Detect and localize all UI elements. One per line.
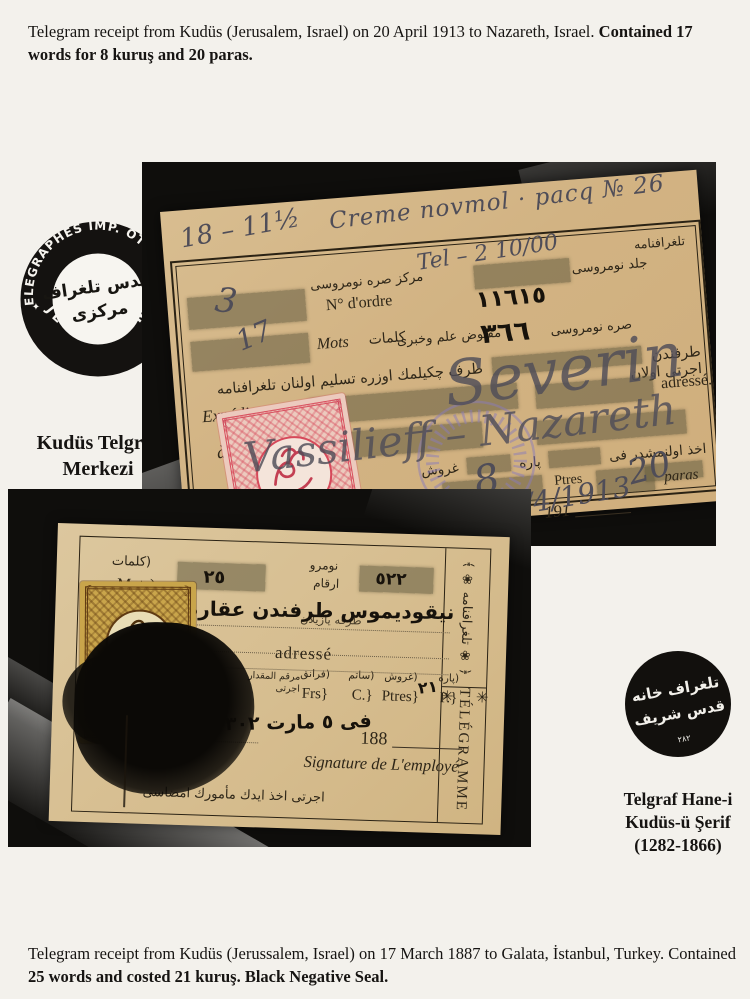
label-santim-arabic: (ساتم — [348, 669, 374, 682]
exhibit-caption-top: Telegram receipt from Kudüs (Jerusalem, … — [28, 20, 725, 67]
ring-star-left-icon: ✦ — [32, 302, 40, 313]
label-c: C.} — [351, 687, 372, 705]
label-franc-arabic: (فرانق — [300, 668, 330, 681]
label-telgrafname-arabic: تلغرافنامه — [633, 233, 685, 252]
hw-series-number: 18 – 11½ — [178, 203, 302, 255]
label-cilt-arabic: جلد نومروسى — [571, 256, 648, 277]
printed-year: 188 — [360, 728, 388, 750]
label-mots-arabic: (كلمات — [112, 554, 152, 570]
caption-line3: (1282-1866) — [608, 834, 748, 857]
redaction-box — [548, 447, 601, 468]
kudus-negative-seal: تلغراف خانه قدس شريف ٢٨٢ — [622, 648, 734, 760]
mat-bottom: ﴾ ❀ تلغرافنامه ❀ ﴿ ✳ TÉLÉGRAMME ✳ (كلمات… — [8, 489, 531, 847]
crescent-icon: ☾ — [220, 413, 236, 433]
exhibit-caption-bottom: Telegram receipt from Kudüs (Jerussalem,… — [28, 942, 740, 989]
crescent-icon: ☾ — [84, 583, 97, 599]
label-gurus-arabic: (غروش — [384, 670, 418, 683]
label-para-arabic: (پاره — [438, 672, 459, 685]
kudus-negative-seal-block: تلغراف خانه قدس شريف ٢٨٢ Telgraf Hane-i … — [608, 648, 748, 857]
caption-bottom-normal: Telegram receipt from Kudüs (Jerussalem,… — [28, 944, 736, 963]
caption-line1: Telgraf Hane-i — [608, 788, 748, 811]
hw-word-count: ٢٥ — [203, 567, 226, 589]
hw-kurus-amount: ٢١ — [417, 677, 438, 698]
hw-register-number: ٥٢٢ — [375, 569, 407, 590]
label-mots: Mots — [316, 334, 349, 354]
exhibit-page: { "page": { "caption_top_normal": "Teleg… — [0, 0, 750, 999]
label-adresse: adressé — [275, 643, 333, 665]
crescent-icon: ☾ — [179, 584, 192, 600]
hw-book-number: ١١٦١٥ — [475, 282, 547, 313]
caption-line2: Kudüs-ü Şerif — [608, 811, 748, 834]
label-numero-arabic: نومرو — [310, 558, 339, 573]
receipt-1913: 18 – 11½ Creme novmol · pacq № 26 Tel – … — [160, 170, 716, 543]
crescent-icon: ☾ — [328, 395, 344, 415]
title-strip: ﴾ ❀ تلغرافنامه ❀ ﴿ ✳ TÉLÉGRAMME ✳ — [437, 548, 491, 823]
kudus-seal-caption: Telgraf Hane-i Kudüs-ü Şerif (1282-1866) — [608, 788, 748, 857]
label-signature: Signature de L'employé — [303, 752, 459, 777]
caption-bottom-bold: 25 words and costed 21 kuruş. Black Nega… — [28, 967, 388, 986]
label-p: P.} — [439, 690, 457, 708]
label-frs: Frs} — [301, 686, 328, 704]
hw-addressee-arabic: نيقوديموس طرفندن عقارطريكيوس — [182, 596, 454, 624]
label-no-ordre: N° d'ordre — [325, 292, 393, 315]
receipt-1887: ﴾ ❀ تلغرافنامه ❀ ﴿ ✳ TÉLÉGRAMME ✳ (كلمات… — [49, 523, 510, 835]
label-merkez-sira-arabic: مركز صره نومروسى — [310, 270, 424, 294]
label-ptrs: Ptres} — [381, 688, 419, 706]
caption-top-normal: Telegram receipt from Kudüs (Jerusalem, … — [28, 22, 599, 41]
year-blank-line — [575, 512, 631, 517]
label-rakam-arabic: ارقام — [313, 576, 339, 591]
hw-top-note: Creme novmol · pacq № 26 — [328, 171, 666, 235]
